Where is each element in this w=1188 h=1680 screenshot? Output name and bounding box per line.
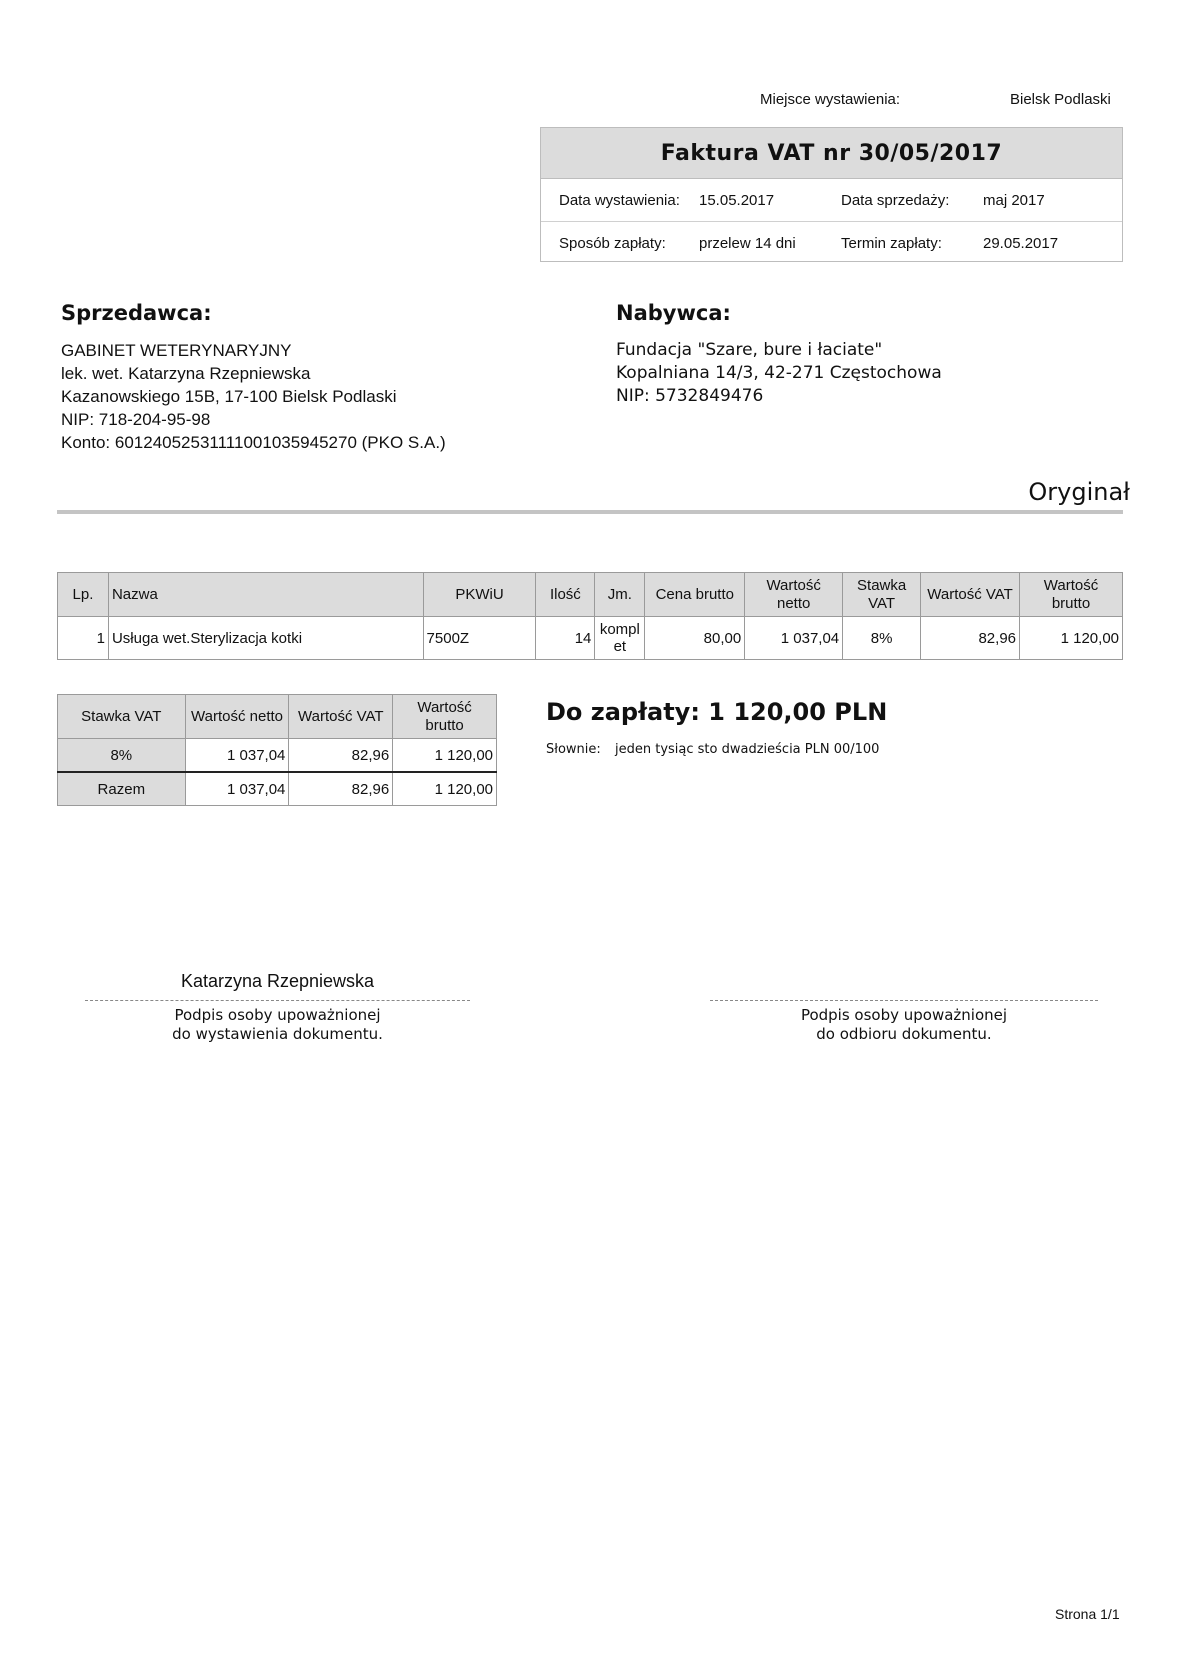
page-number: Strona 1/1 [1055, 1606, 1120, 1622]
seller-line: lek. wet. Katarzyna Rzepniewska [61, 362, 446, 385]
col-header: Wartość netto [185, 695, 289, 739]
cell-lp: 1 [58, 617, 109, 660]
cell-unit: komplet [595, 617, 645, 660]
dates-row: Data wystawienia: 15.05.2017 Data sprzed… [541, 179, 1122, 222]
payment-method-label: Sposób zapłaty: [541, 235, 699, 252]
col-header: Cena brutto [645, 573, 745, 617]
cell-gross-value: 1 120,00 [1020, 617, 1123, 660]
col-header: Stawka VAT [843, 573, 921, 617]
issue-date-label: Data wystawienia: [541, 192, 699, 209]
col-header: PKWiU [423, 573, 536, 617]
col-header: Wartość brutto [393, 695, 497, 739]
cell-gross: 1 120,00 [393, 772, 497, 806]
col-header: Nazwa [108, 573, 423, 617]
table-row-total: Razem 1 037,04 82,96 1 120,00 [58, 772, 497, 806]
amount-to-pay: Do zapłaty: 1 120,00 PLN [546, 698, 887, 726]
seller-line: Kazanowskiego 15B, 17-100 Bielsk Podlask… [61, 385, 446, 408]
cell-name: Usługa wet.Sterylizacja kotki [108, 617, 423, 660]
col-header: Lp. [58, 573, 109, 617]
copy-type-label: Oryginał [1028, 478, 1130, 506]
col-header: Wartość VAT [289, 695, 393, 739]
place-of-issue-value: Bielsk Podlaski [1010, 91, 1111, 108]
sale-date-value: maj 2017 [983, 192, 1103, 209]
items-table: Lp. Nazwa PKWiU Ilość Jm. Cena brutto Wa… [57, 572, 1123, 660]
invoice-header-box: Faktura VAT nr 30/05/2017 Data wystawien… [540, 127, 1123, 262]
vat-summary-table: Stawka VAT Wartość netto Wartość VAT War… [57, 694, 497, 806]
issue-date-value: 15.05.2017 [699, 192, 841, 209]
cell-vat: 82,96 [289, 739, 393, 773]
cell-net-value: 1 037,04 [745, 617, 843, 660]
in-words-label: Słownie: [546, 742, 601, 757]
cell-vat: 82,96 [289, 772, 393, 806]
payment-method-value: przelew 14 dni [699, 235, 841, 252]
col-header: Stawka VAT [58, 695, 186, 739]
issuer-name: Katarzyna Rzepniewska [85, 971, 470, 992]
cell-vat-rate: 8% [843, 617, 921, 660]
cell-qty: 14 [536, 617, 595, 660]
cell-net: 1 037,04 [185, 772, 289, 806]
items-header-row: Lp. Nazwa PKWiU Ilość Jm. Cena brutto Wa… [58, 573, 1123, 617]
buyer-heading: Nabywca: [616, 301, 731, 325]
col-header: Wartość netto [745, 573, 843, 617]
cell-price-gross: 80,00 [645, 617, 745, 660]
buyer-line: Kopalniana 14/3, 42-271 Częstochowa [616, 362, 942, 385]
receiver-signature-line [710, 1000, 1098, 1001]
seller-details: GABINET WETERYNARYJNY lek. wet. Katarzyn… [61, 339, 446, 454]
buyer-line: Fundacja "Szare, bure i łaciate" [616, 339, 942, 362]
col-header: Wartość brutto [1020, 573, 1123, 617]
cell-vat-rate: 8% [58, 739, 186, 773]
cell-pkwiu: 7500Z [423, 617, 536, 660]
caption-line: Podpis osoby upoważnionej [85, 1006, 470, 1025]
payment-row: Sposób zapłaty: przelew 14 dni Termin za… [541, 222, 1122, 264]
col-header: Jm. [595, 573, 645, 617]
receiver-signature-caption: Podpis osoby upoważnionej do odbioru dok… [710, 1006, 1098, 1044]
col-header: Wartość VAT [921, 573, 1020, 617]
sale-date-label: Data sprzedaży: [841, 192, 983, 209]
seller-line: NIP: 718-204-95-98 [61, 408, 446, 431]
table-row: 8% 1 037,04 82,96 1 120,00 [58, 739, 497, 773]
issuer-signature-line [85, 1000, 470, 1001]
seller-line: Konto: 60124052531111001035945270 (PKO S… [61, 431, 446, 454]
due-date-label: Termin zapłaty: [841, 235, 983, 252]
col-header: Ilość [536, 573, 595, 617]
caption-line: Podpis osoby upoważnionej [710, 1006, 1098, 1025]
place-of-issue-label: Miejsce wystawienia: [760, 91, 900, 108]
buyer-line: NIP: 5732849476 [616, 385, 942, 408]
issuer-signature-caption: Podpis osoby upoważnionej do wystawienia… [85, 1006, 470, 1044]
cell-gross: 1 120,00 [393, 739, 497, 773]
buyer-details: Fundacja "Szare, bure i łaciate" Kopalni… [616, 339, 942, 408]
divider [57, 510, 1123, 514]
cell-total-label: Razem [58, 772, 186, 806]
cell-vat-value: 82,96 [921, 617, 1020, 660]
caption-line: do odbioru dokumentu. [710, 1025, 1098, 1044]
vat-header-row: Stawka VAT Wartość netto Wartość VAT War… [58, 695, 497, 739]
invoice-title: Faktura VAT nr 30/05/2017 [541, 128, 1122, 179]
cell-net: 1 037,04 [185, 739, 289, 773]
seller-line: GABINET WETERYNARYJNY [61, 339, 446, 362]
caption-line: do wystawienia dokumentu. [85, 1025, 470, 1044]
in-words-value: jeden tysiąc sto dwadzieścia PLN 00/100 [615, 742, 879, 757]
due-date-value: 29.05.2017 [983, 235, 1103, 252]
table-row: 1 Usługa wet.Sterylizacja kotki 7500Z 14… [58, 617, 1123, 660]
seller-heading: Sprzedawca: [61, 301, 212, 325]
